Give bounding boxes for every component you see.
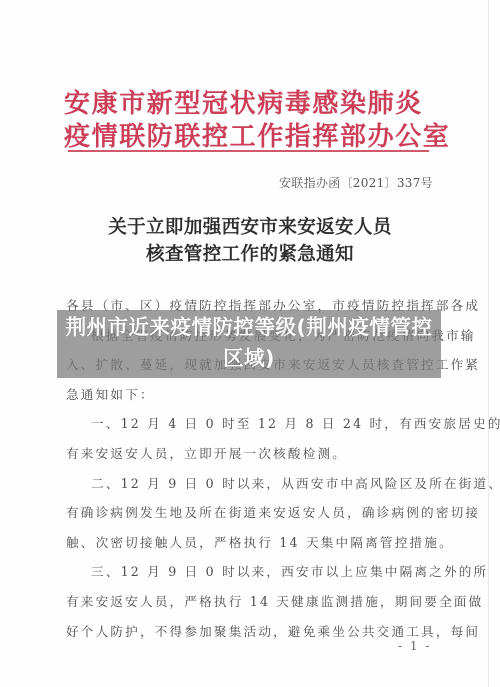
letterhead-line-1: 安康市新型冠状病毒感染肺炎 (64, 88, 430, 121)
document-page: 安康市新型冠状病毒感染肺炎 疫情联防联控工作指挥部办公室 安联指办函〔2021〕… (0, 0, 500, 687)
body-line: 一、12 月 4 日 0 时至 12 月 8 日 24 时，有西安旅居史的所 (66, 409, 436, 439)
document-title: 关于立即加强西安市来安返安人员 核查管控工作的紧急通知 (0, 214, 500, 268)
headline-overlay-title: 荆州市近来疫情防控等级(荆州疫情管控区域) (57, 312, 441, 374)
page-edge-divider (488, 0, 489, 687)
body-line: 触、次密切接触人员，严格执行 14 天集中隔离管控措施。 (66, 528, 436, 558)
document-title-line-2: 核查管控工作的紧急通知 (0, 241, 500, 268)
document-title-line-1: 关于立即加强西安市来安返安人员 (0, 214, 500, 241)
body-line: 有确诊病例发生地及所在街道来安返安人员，确诊病例的密切接 (66, 498, 436, 528)
letterhead-red-rule (68, 150, 429, 152)
document-number: 安联指办函〔2021〕337号 (279, 174, 433, 191)
body-line: 急通知如下： (66, 380, 436, 410)
body-line: 三、12 月 9 日 0 时以来，西安市以上应集中隔离之外的所 (66, 557, 436, 587)
body-line: 有来安返安人员，立即开展一次核酸检测。 (66, 439, 436, 469)
body-line: 有来安返安人员，严格执行 14 天健康监测措施，期间要全面做 (66, 587, 436, 617)
body-line: 好个人防护，不得参加聚集活动，避免乘坐公共交通工具，每间 (66, 617, 436, 647)
body-line: 二、12 月 9 日 0 时以来，从西安市中高风险区及所在街道、 (66, 469, 436, 499)
letterhead: 安康市新型冠状病毒感染肺炎 疫情联防联控工作指挥部办公室 (64, 88, 430, 154)
page-number: - 1 - (398, 639, 431, 653)
